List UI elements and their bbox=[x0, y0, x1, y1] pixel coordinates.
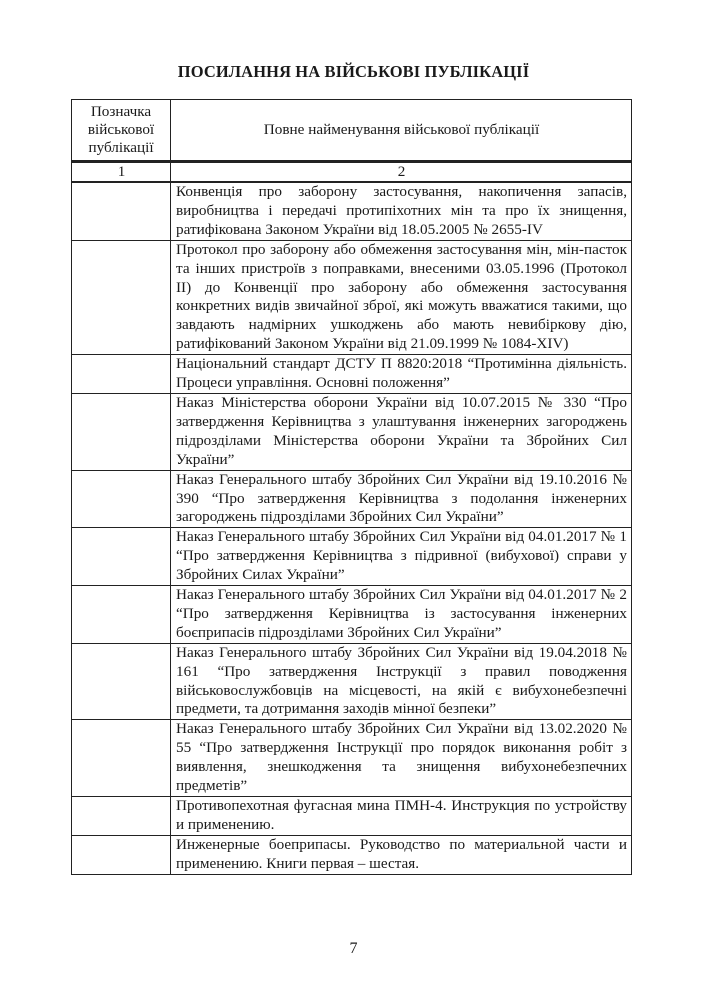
table-row: Наказ Генерального штабу Збройних Сил Ук… bbox=[72, 643, 632, 720]
table-header-row: Позначка військової публікації Повне най… bbox=[72, 100, 632, 162]
table-row: Наказ Генерального штабу Збройних Сил Ук… bbox=[72, 528, 632, 586]
publication-name-cell: Наказ Генерального штабу Збройних Сил Ук… bbox=[171, 586, 632, 644]
page-number: 7 bbox=[0, 940, 707, 958]
publication-code-cell bbox=[72, 240, 171, 354]
publication-name-cell: Національний стандарт ДСТУ П 8820:2018 “… bbox=[171, 355, 632, 394]
publication-name-cell: Наказ Генерального штабу Збройних Сил Ук… bbox=[171, 643, 632, 720]
column-number-2: 2 bbox=[171, 162, 632, 183]
table-row: Національний стандарт ДСТУ П 8820:2018 “… bbox=[72, 355, 632, 394]
publication-name-cell: Противопехотная фугасная мина ПМН-4. Инс… bbox=[171, 797, 632, 836]
publication-code-cell bbox=[72, 528, 171, 586]
page-title: ПОСИЛАННЯ НА ВІЙСЬКОВІ ПУБЛІКАЦІЇ bbox=[0, 62, 707, 82]
publication-name-cell: Наказ Генерального штабу Збройних Сил Ук… bbox=[171, 720, 632, 797]
column-number-1: 1 bbox=[72, 162, 171, 183]
publication-code-cell bbox=[72, 643, 171, 720]
table-row: Противопехотная фугасная мина ПМН-4. Инс… bbox=[72, 797, 632, 836]
publication-code-cell bbox=[72, 470, 171, 528]
publications-table: Позначка військової публікації Повне най… bbox=[71, 99, 632, 875]
table-row: Наказ Генерального штабу Збройних Сил Ук… bbox=[72, 586, 632, 644]
header-publication-name: Повне найменування військової публікації bbox=[171, 100, 632, 162]
publication-code-cell bbox=[72, 586, 171, 644]
publication-name-cell: Наказ Міністерства оборони України від 1… bbox=[171, 393, 632, 470]
publication-name-cell: Наказ Генерального штабу Збройних Сил Ук… bbox=[171, 528, 632, 586]
publication-code-cell bbox=[72, 182, 171, 240]
publication-name-cell: Инженерные боеприпасы. Руководство по ма… bbox=[171, 835, 632, 874]
table-row: Наказ Генерального штабу Збройних Сил Ук… bbox=[72, 720, 632, 797]
publication-code-cell bbox=[72, 720, 171, 797]
column-number-row: 1 2 bbox=[72, 162, 632, 183]
table-row: Конвенція про заборону застосування, нак… bbox=[72, 182, 632, 240]
publication-name-cell: Наказ Генерального штабу Збройних Сил Ук… bbox=[171, 470, 632, 528]
table-row: Протокол про заборону або обмеження заст… bbox=[72, 240, 632, 354]
publication-name-cell: Протокол про заборону або обмеження заст… bbox=[171, 240, 632, 354]
publication-code-cell bbox=[72, 797, 171, 836]
table-row: Инженерные боеприпасы. Руководство по ма… bbox=[72, 835, 632, 874]
publication-code-cell bbox=[72, 835, 171, 874]
publication-name-cell: Конвенція про заборону застосування, нак… bbox=[171, 182, 632, 240]
publication-code-cell bbox=[72, 355, 171, 394]
table-row: Наказ Міністерства оборони України від 1… bbox=[72, 393, 632, 470]
table-row: Наказ Генерального штабу Збройних Сил Ук… bbox=[72, 470, 632, 528]
publication-code-cell bbox=[72, 393, 171, 470]
header-publication-code: Позначка військової публікації bbox=[72, 100, 171, 162]
